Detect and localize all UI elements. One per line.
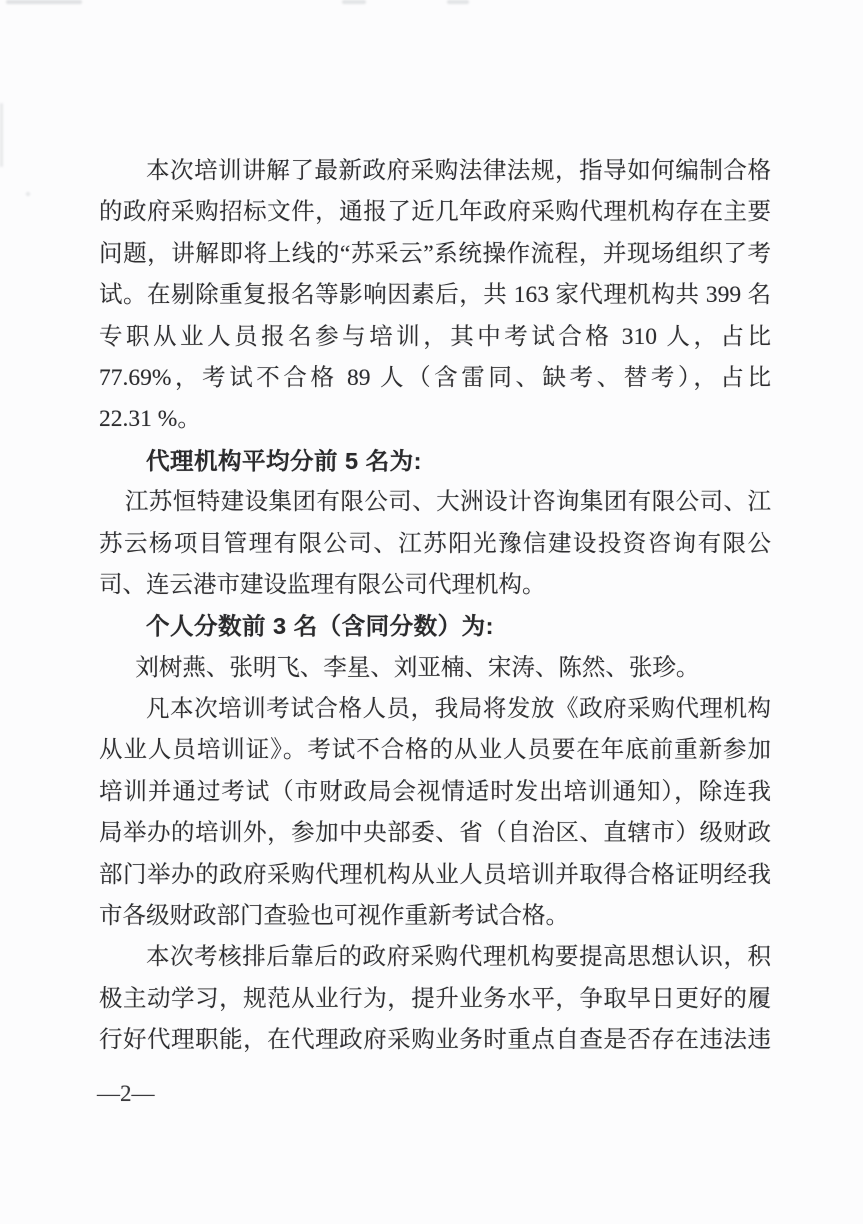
scan-artifact bbox=[447, 0, 469, 4]
body-line: 市各级财政部门查验也可视作重新考试合格。 bbox=[99, 896, 771, 937]
scan-artifact bbox=[342, 0, 366, 4]
body-line: 部门举办的政府采购代理机构从业人员培训并取得合格证明经我 bbox=[99, 855, 771, 896]
heading-individual-top3: 个人分数前 3 名（含同分数）为: bbox=[99, 606, 771, 647]
scan-artifact bbox=[26, 192, 30, 196]
body-line: 试。在剔除重复报名等影响因素后，共 163 家代理机构共 399 名 bbox=[99, 275, 771, 316]
body-line: 极主动学习，规范从业行为，提升业务水平，争取早日更好的履 bbox=[99, 979, 771, 1020]
body-line: 凡本次培训考试合格人员，我局将发放《政府采购代理机构 bbox=[99, 689, 771, 730]
page-number: —2— bbox=[97, 1080, 155, 1108]
body-line: 司、连云港市建设监理有限公司代理机构。 bbox=[99, 565, 771, 606]
body-line: 本次考核排后靠后的政府采购代理机构要提高思想认识，积 bbox=[99, 937, 771, 978]
scanned-document-page: 本次培训讲解了最新政府采购法律法规，指导如何编制合格 的政府采购招标文件，通报了… bbox=[0, 0, 863, 1224]
heading-agency-top5: 代理机构平均分前 5 名为: bbox=[99, 441, 771, 482]
body-line: 刘树燕、张明飞、李星、刘亚楠、宋涛、陈然、张珍。 bbox=[99, 648, 771, 689]
body-line: 问题，讲解即将上线的“苏采云”系统操作流程，并现场组织了考 bbox=[99, 234, 771, 275]
body-line: 培训并通过考试（市财政局会视情适时发出培训通知），除连我 bbox=[99, 772, 771, 813]
body-line: 行好代理职能，在代理政府采购业务时重点自查是否存在违法违 bbox=[99, 1020, 771, 1061]
body-line: 的政府采购招标文件，通报了近几年政府采购代理机构存在主要 bbox=[99, 192, 771, 233]
body-line: 苏云杨项目管理有限公司、江苏阳光豫信建设投资咨询有限公 bbox=[99, 524, 771, 565]
body-line: 专职从业人员报名参与培训，其中考试合格 310 人，占比 bbox=[99, 317, 771, 358]
body-line: 77.69%，考试不合格 89 人（含雷同、缺考、替考），占比 bbox=[99, 358, 771, 399]
body-line: 从业人员培训证》。考试不合格的从业人员要在年底前重新参加 bbox=[99, 730, 771, 771]
scan-artifact bbox=[6, 0, 82, 4]
body-line: 江苏恒特建设集团有限公司、大洲设计咨询集团有限公司、江 bbox=[99, 482, 771, 523]
body-line: 局举办的培训外，参加中央部委、省（自治区、直辖市）级财政 bbox=[99, 813, 771, 854]
scan-artifact bbox=[0, 103, 3, 167]
body-line: 本次培训讲解了最新政府采购法律法规，指导如何编制合格 bbox=[99, 151, 771, 192]
document-body: 本次培训讲解了最新政府采购法律法规，指导如何编制合格 的政府采购招标文件，通报了… bbox=[99, 151, 771, 1062]
body-line: 22.31 %。 bbox=[99, 399, 771, 440]
